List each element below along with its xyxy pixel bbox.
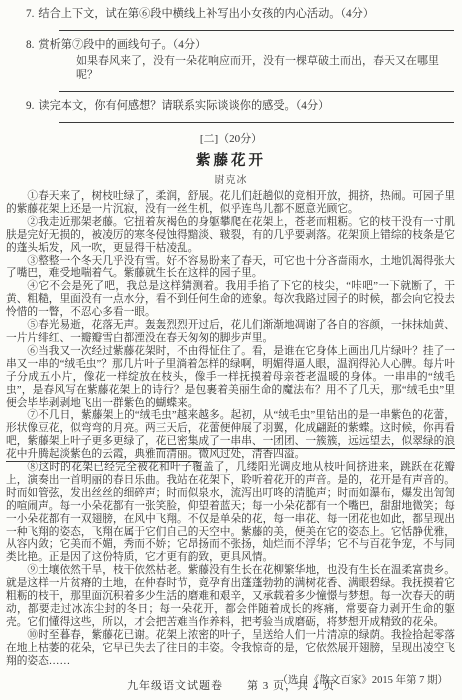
paragraph-4-text: ④它不会是死了吧，我总是这样猜测着。我用手掐了下它的枝尖，“咔吧”一下就断了，干… xyxy=(6,280,455,318)
paragraph-1-text: ①春天来了，树枝吐绿了，柔润，舒展。花儿们赶趟似的竞相开放，拥挤，热闹。可园子里… xyxy=(6,190,455,215)
exam-page: 7.结合上下文，试在第⑥段中横线上补写出小女孩的内心活动。（4分） 8.赏析第⑦… xyxy=(0,0,462,700)
question-8-number: 8. xyxy=(26,39,34,51)
question-9-text: 读完本文，你有何感想？请联系实际谈谈你的感受。（4分） xyxy=(38,100,329,112)
question-8: 8.赏析第⑦段中的画线句子。（4分） xyxy=(26,38,456,52)
paragraph-4: ④它不会是死了吧，我总是这样猜测着。我用手掐了下它的枝尖，“咔吧”一下就断了，干… xyxy=(6,280,455,319)
paragraph-9-text: ⑨土壤依然干旱，枝干依然枯老。紫藤没有生长在花柳繁华地，也没有生长在温柔富贵乡。… xyxy=(6,564,455,628)
paragraph-6: ⑥当我又一次经过紫藤花架时，不由得怔住了。看，是谁在它身体上画出几片绿叶？挂了一… xyxy=(6,345,455,410)
answer-line-8 xyxy=(59,91,454,92)
paragraph-10-text: ⑩时至暮春，紫藤花已谢。花架上浓密的叶子，呈送给人们一片清凉的绿荫。我捡拾起零落… xyxy=(6,629,455,667)
paragraph-7-text-after: 微风过处，清香四溢。 xyxy=(198,448,305,460)
question-9-number: 9. xyxy=(26,100,34,112)
question-7: 7.结合上下文，试在第⑥段中横线上补写出小女孩的内心活动。（4分） xyxy=(26,7,456,21)
essay-title: 紫藤花开 xyxy=(0,149,462,170)
paragraph-8: ⑧这时的花架已经完全被花和叶子覆盖了，几缕阳光调皮地从枝叶间挤进来，跳跃在花瓣上… xyxy=(6,461,455,564)
question-7-text: 结合上下文，试在第⑥段中横线上补写出小女孩的内心活动。（4分） xyxy=(38,8,374,20)
paragraph-5-text: ⑤春光易逝，花落无声。轰轰烈烈开过后，花儿们渐渐地凋谢了各自的容颜，一抹抹灿黄、… xyxy=(6,319,455,344)
paragraph-2-text: ②我走近那架老藤。它扭着灰褐色的身躯攀爬在花架上，苍老而粗粝。它的枝干没有一寸肌… xyxy=(6,216,455,254)
answer-line-7 xyxy=(59,30,454,31)
answer-line-9 xyxy=(59,122,454,123)
paragraph-10: ⑩时至暮春，紫藤花已谢。花架上浓密的叶子，呈送给人们一片清凉的绿荫。我捡拾起零落… xyxy=(6,629,455,668)
paragraph-6-text: ⑥当我又一次经过紫藤花架时，不由得怔住了。看，是谁在它身体上画出几片绿叶？挂了一… xyxy=(6,345,455,409)
question-8-quoted-sentence: 如果春风来了，没有一朵花响应而开，没有一棵草破土而出，春天又在哪里呢？ xyxy=(76,54,450,82)
question-9: 9.读完本文，你有何感想？请联系实际谈谈你的感受。（4分） xyxy=(26,99,456,113)
paragraph-1: ①春天来了，树枝吐绿了，柔润，舒展。花儿们赶趟似的竞相开放，拥挤，热闹。可园子里… xyxy=(6,190,455,216)
question-7-number: 7. xyxy=(26,8,34,20)
section-label: [二]（20分） xyxy=(0,130,462,146)
paragraph-2: ②我走近那架老藤。它扭着灰褐色的身躯攀爬在花架上，苍老而粗粝。它的枝干没有一寸肌… xyxy=(6,216,455,255)
paragraph-7: ⑦不几日，紫藤架上的“绒毛虫”越来越多。起初，从“绒毛虫”里钻出的是一串紫色的花… xyxy=(6,409,455,461)
page-footer: 九年级语文试题卷 第 3 页，共 4 页 xyxy=(0,677,462,693)
paragraph-3: ③整整一个冬天几乎没有雪。好不容易盼来了春天，可它也十分吝啬雨水，土地饥渴得张大… xyxy=(6,255,455,281)
paragraph-5: ⑤春光易逝，花落无声。轰轰烈烈开过后，花儿们渐渐地凋谢了各自的容颜，一抹抹灿黄、… xyxy=(6,319,455,345)
paragraph-3-text: ③整整一个冬天几乎没有雪。好不容易盼来了春天，可它也十分吝啬雨水，土地饥渴得张大… xyxy=(6,255,455,280)
paragraph-8-text: ⑧这时的花架已经完全被花和叶子覆盖了，几缕阳光调皮地从枝叶间挤进来，跳跃在花瓣上… xyxy=(6,461,455,563)
question-block: 7.结合上下文，试在第⑥段中横线上补写出小女孩的内心活动。（4分） 8.赏析第⑦… xyxy=(0,0,462,123)
essay-body: ①春天来了，树枝吐绿了，柔润，舒展。花儿们赶趟似的竞相开放，拥挤，热闹。可园子里… xyxy=(0,189,462,668)
essay-author: 尉克冰 xyxy=(0,171,462,186)
paragraph-9: ⑨土壤依然干旱，枝干依然枯老。紫藤没有生长在花柳繁华地，也没有生长在温柔富贵乡。… xyxy=(6,564,455,629)
question-8-text: 赏析第⑦段中的画线句子。（4分） xyxy=(38,39,206,51)
